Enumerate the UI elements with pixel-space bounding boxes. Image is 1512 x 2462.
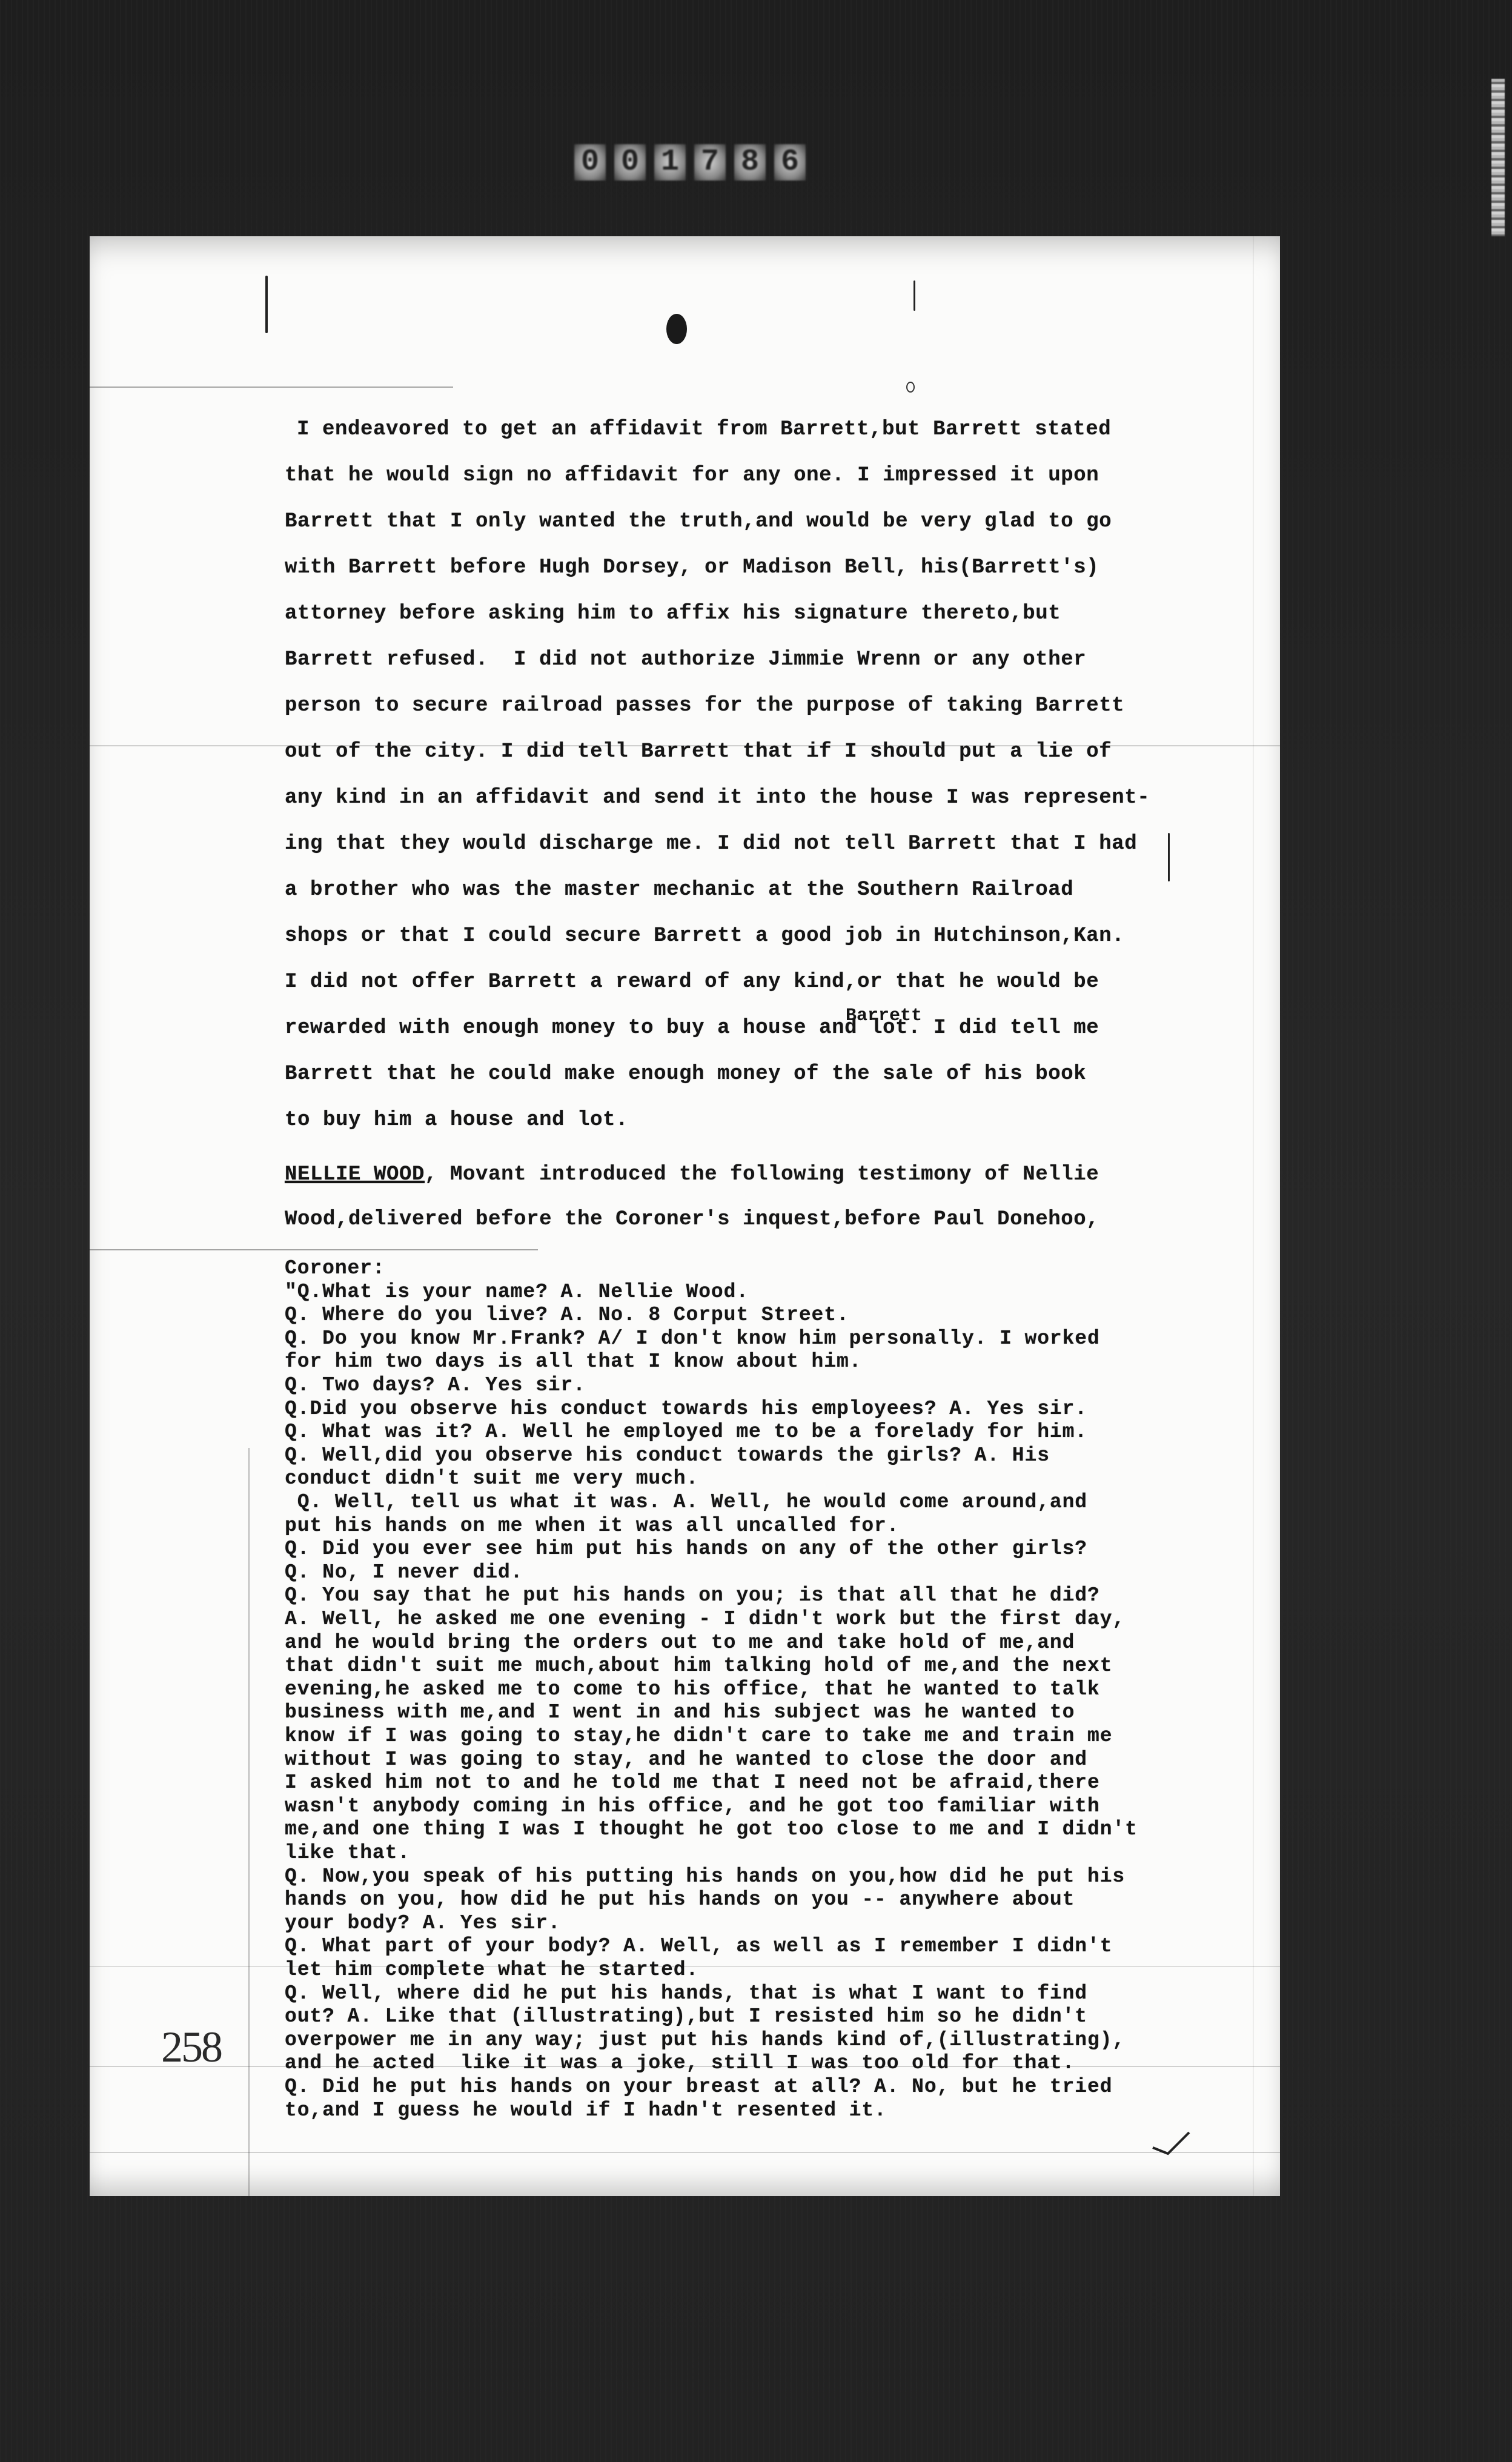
testimony-line: hands on you, how did he put his hands o…: [285, 1888, 1075, 1911]
paragraph-line: ing that they would discharge me. I did …: [285, 832, 1137, 855]
testimony-line: evening,he asked me to come to his offic…: [285, 1678, 1100, 1701]
testimony-line: Q. Did you ever see him put his hands on…: [285, 1538, 1087, 1560]
check-mark-icon: [1150, 2129, 1192, 2160]
testimony-line: Q. You say that he put his hands on you;…: [285, 1584, 1100, 1607]
testimony-line: conduct didn't suit me very much.: [285, 1467, 698, 1490]
stamp-digit: 0: [614, 144, 646, 181]
stamp-digit: 6: [774, 144, 806, 181]
testimony-line: me,and one thing I was I thought he got …: [285, 1818, 1138, 1840]
testimony-line: Q. Where do you live? A. No. 8 Corput St…: [285, 1304, 849, 1326]
guide-line: [90, 1249, 538, 1250]
pencil-mark: [265, 276, 268, 333]
paragraph-line: person to secure railroad passes for the…: [285, 694, 1124, 717]
paragraph-line: a brother who was the master mechanic at…: [285, 878, 1073, 901]
testimony-line: Q. Do you know Mr.Frank? A/ I don't know…: [285, 1327, 1100, 1350]
paragraph-line: with Barrett before Hugh Dorsey, or Madi…: [285, 556, 1099, 579]
testimony-line: put his hands on me when it was all unca…: [285, 1515, 899, 1537]
testimony-line: Q. Well, tell us what it was. A. Well, h…: [285, 1491, 1087, 1513]
testimony-line: "Q.What is your name? A. Nellie Wood.: [285, 1281, 749, 1303]
testimony-line: that didn't suit me much,about him talki…: [285, 1654, 1112, 1677]
paragraph-line: rewarded with enough money to buy a hous…: [285, 1017, 1099, 1040]
witness-name: NELLIE WOOD: [285, 1163, 425, 1186]
guide-line: [90, 2152, 1280, 2153]
testimony-line: Q. Did he put his hands on your breast a…: [285, 2075, 1112, 2098]
paragraph-line: shops or that I could secure Barrett a g…: [285, 924, 1124, 947]
paragraph-line: to buy him a house and lot.: [285, 1109, 628, 1132]
margin-bracket-mark: [1168, 833, 1170, 881]
testimony-line: know if I was going to stay,he didn't ca…: [285, 1725, 1112, 1747]
punch-hole: [666, 314, 687, 344]
witness-heading-line1: NELLIE WOOD, Movant introduced the follo…: [285, 1163, 1099, 1186]
stamp-digit: 7: [694, 144, 726, 181]
testimony-line: wasn't anybody coming in his office, and…: [285, 1795, 1100, 1817]
testimony-line: your body? A. Yes sir.: [285, 1912, 560, 1934]
film-edge-markings: [1491, 79, 1505, 236]
testimony-line: business with me,and I went in and his s…: [285, 1701, 1075, 1724]
testimony-line: Q. What was it? A. Well he employed me t…: [285, 1421, 1087, 1443]
paragraph-line: attorney before asking him to affix his …: [285, 602, 1061, 625]
paragraph-line: I endeavored to get an affidavit from Ba…: [297, 418, 1111, 441]
testimony-line: Q.Did you observe his conduct towards hi…: [285, 1398, 1087, 1420]
paragraph-line: any kind in an affidavit and send it int…: [285, 786, 1150, 809]
circle-mark: [906, 382, 915, 393]
testimony-line: A. Well, he asked me one evening - I did…: [285, 1608, 1125, 1630]
paragraph-line: Barrett that he could make enough money …: [285, 1063, 1086, 1086]
testimony-line: Q. Well, where did he put his hands, tha…: [285, 1982, 1087, 2005]
testimony-line: Coroner:: [285, 1257, 385, 1279]
witness-heading-text: , Movant introduced the following testim…: [425, 1163, 1099, 1186]
paragraph-line: Barrett that I only wanted the truth,and…: [285, 510, 1112, 533]
stamp-digit: 1: [654, 144, 686, 181]
paragraph-line: Barrett refused. I did not authorize Jim…: [285, 648, 1086, 671]
testimony-line: Q. Two days? A. Yes sir.: [285, 1374, 586, 1396]
margin-line: [1253, 236, 1254, 2196]
document-page: I endeavored to get an affidavit from Ba…: [90, 236, 1280, 2196]
testimony-line: and he would bring the orders out to me …: [285, 1631, 1075, 1654]
archive-stamp-number: 001786: [574, 138, 806, 187]
testimony-line: I asked him not to and he told me that I…: [285, 1771, 1100, 1794]
testimony-line: like that.: [285, 1842, 410, 1864]
pencil-mark: [913, 280, 915, 311]
paragraph-line: I did not offer Barrett a reward of any …: [285, 971, 1099, 994]
testimony-line: for him two days is all that I know abou…: [285, 1350, 861, 1373]
page-number: 258: [161, 2022, 221, 2072]
testimony-line: Q. What part of your body? A. Well, as w…: [285, 1935, 1112, 1957]
testimony-line: out? A. Like that (illustrating),but I r…: [285, 2005, 1087, 2028]
witness-heading-line2: Wood,delivered before the Coroner's inqu…: [285, 1208, 1099, 1231]
testimony-line: let him complete what he started.: [285, 1959, 698, 1981]
guide-line: [90, 387, 453, 388]
margin-line: [248, 1448, 250, 2196]
paragraph-line: out of the city. I did tell Barrett that…: [285, 740, 1112, 763]
testimony-line: without I was going to stay, and he want…: [285, 1748, 1087, 1771]
testimony-line: overpower me in any way; just put his ha…: [285, 2029, 1125, 2051]
stamp-digit: 0: [574, 144, 606, 181]
testimony-line: and he acted like it was a joke, still I…: [285, 2052, 1075, 2074]
paragraph-line: that he would sign no affidavit for any …: [285, 464, 1099, 487]
stamp-digit: 8: [734, 144, 766, 181]
testimony-line: Q. No, I never did.: [285, 1561, 523, 1584]
testimony-line: Q. Now,you speak of his putting his hand…: [285, 1865, 1125, 1888]
testimony-line: Q. Well,did you observe his conduct towa…: [285, 1444, 1050, 1467]
interlinear-insert: Barrett: [846, 1006, 922, 1026]
testimony-line: to,and I guess he would if I hadn't rese…: [285, 2099, 887, 2122]
